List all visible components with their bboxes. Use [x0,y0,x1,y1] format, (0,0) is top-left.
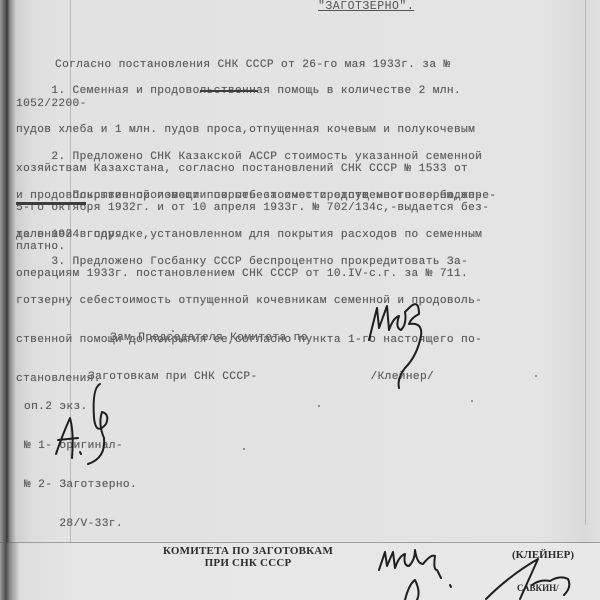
scan-speck [535,375,537,377]
text-line: Покрытие произвести по себестоимости отп… [16,190,496,203]
scan-speck [318,405,320,407]
stamp-line: КОМИТЕТА ПО ЗАГОТОВКАМ [163,545,333,557]
scan-speck [243,448,245,450]
committee-stamp: КОМИТЕТА ПО ЗАГОТОВКАМ ПРИ СНК СССР [163,545,333,569]
header-title-text: "ЗАГОТЗЕРНО". [318,0,414,13]
strikethrough-mark [200,90,258,92]
text-line: 2. Предложено СНК Казакской АССР стоимос… [16,151,482,164]
document-title: "ЗАГОТЗЕРНО". [318,0,414,13]
handwritten-signature-icon [480,555,590,600]
strikethrough-mark [16,202,86,205]
handwritten-signature-icon [375,540,495,600]
text-line: 3. Предложено Госбанку СССР беспроцентно… [16,256,482,269]
stamp-line: ПРИ СНК СССР [163,557,333,569]
handwritten-initials-icon [48,378,118,468]
fold-line [585,0,586,525]
text-line: № 2- Заготзерно. [24,479,137,492]
scan-speck [471,400,473,402]
text-line: 28/V-33г. [24,518,137,531]
scan-speck [172,330,174,332]
handwritten-signature-icon [365,290,455,390]
